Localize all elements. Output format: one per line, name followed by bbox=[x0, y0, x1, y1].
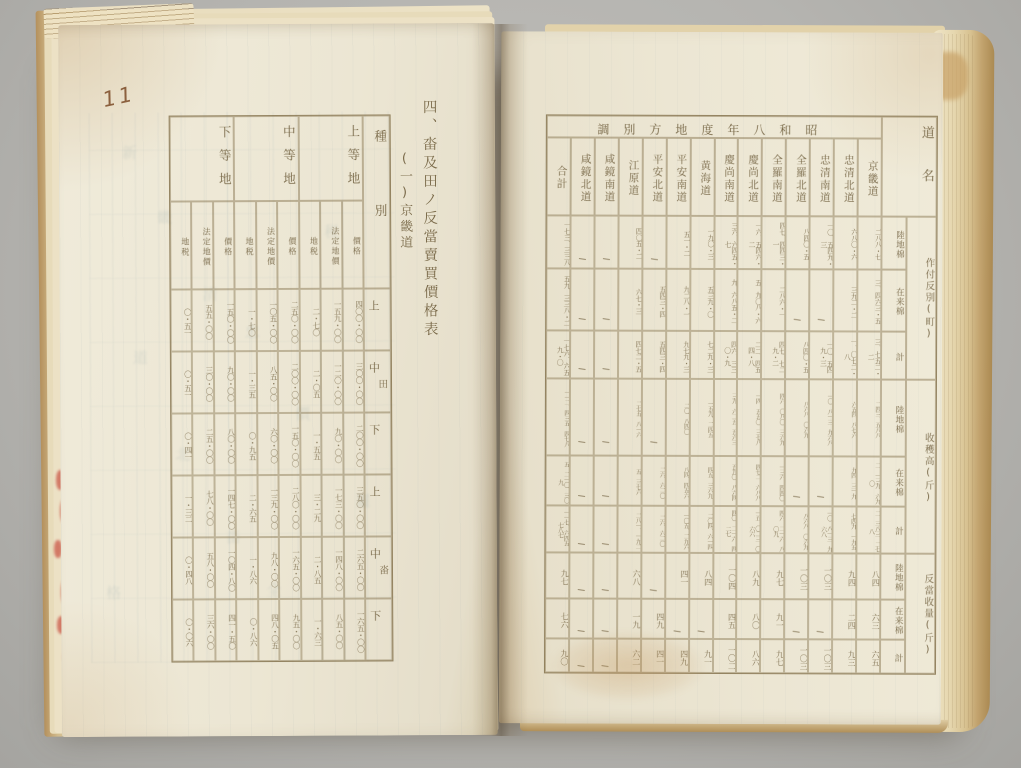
table-cell: 七四九、一九五 bbox=[833, 506, 857, 553]
table-cell: 一三六、四四〇 bbox=[761, 456, 785, 506]
sub-column-header: 法定地價 bbox=[256, 201, 278, 289]
province-column-header: 平安北道 bbox=[642, 138, 666, 216]
table-cell bbox=[784, 599, 808, 639]
empty-dash bbox=[578, 368, 585, 370]
table-cell: 八六八、〇六九 bbox=[785, 379, 809, 456]
empty-dash bbox=[578, 589, 585, 591]
empty-dash bbox=[578, 543, 585, 545]
table-cell: 一・三二 bbox=[171, 475, 193, 537]
sub-column-header: 法定地價 bbox=[192, 201, 214, 289]
table-cell: 二〇〇・〇〇 bbox=[343, 413, 365, 475]
measure-sub-header: 陸地棉 bbox=[881, 217, 906, 270]
table-cell: 四〇、二一六、四二七 bbox=[713, 506, 737, 553]
table-cell: 七八・〇〇 bbox=[193, 475, 215, 537]
table-cell: 四六、〇八〇、三六九 bbox=[761, 379, 785, 456]
table-cell: 六五四、八七六 bbox=[833, 379, 857, 456]
table-cell: 九八・〇〇 bbox=[258, 537, 280, 599]
book-gutter-shadow bbox=[472, 24, 528, 736]
table-cell: 一五九・〇〇 bbox=[321, 289, 343, 351]
table-cell: 九一 bbox=[760, 599, 784, 639]
table-cell: 一二〇・〇〇 bbox=[321, 351, 343, 413]
table-cell bbox=[570, 330, 594, 378]
table-cell: 一〇、八一三、九六八 bbox=[809, 379, 833, 456]
province-column-header: 慶尚南道 bbox=[714, 138, 738, 216]
species-row-label: 中田 bbox=[364, 350, 391, 412]
table-cell: 二八六・一 bbox=[762, 269, 786, 331]
species-row-label: 上 bbox=[364, 288, 391, 350]
empty-dash bbox=[602, 441, 609, 443]
table-cell: 一〇五、二九六 bbox=[665, 506, 689, 553]
table-cell bbox=[569, 505, 593, 552]
table-cell bbox=[570, 378, 594, 455]
table-cell: 二・六五 bbox=[236, 475, 258, 537]
table-cell: 六八〇・六 bbox=[834, 216, 858, 269]
table-cell: 六五 bbox=[856, 639, 880, 673]
empty-dash bbox=[793, 496, 800, 498]
table-cell: 一三九・〇〇 bbox=[257, 475, 279, 537]
ghost-character: 新 bbox=[119, 145, 140, 160]
table-cell bbox=[642, 216, 666, 269]
table-cell bbox=[809, 456, 833, 506]
province-column-header: 京畿道 bbox=[858, 138, 882, 216]
province-column-header: 全羅南道 bbox=[762, 138, 786, 216]
table-cell: 二〇四、六一四 bbox=[689, 506, 713, 553]
empty-dash bbox=[602, 318, 609, 320]
province-column-header: 忠清南道 bbox=[810, 138, 834, 216]
table-cell bbox=[569, 552, 593, 598]
table-cell: 〇・〇六 bbox=[172, 599, 194, 661]
table-cell: 一六五・〇〇 bbox=[279, 537, 301, 599]
table-cell: 七二九・三 bbox=[690, 331, 714, 379]
grade-label: 上 bbox=[369, 297, 380, 313]
sub-column-header: 地税 bbox=[234, 201, 256, 289]
table-cell: 四五、三六九 bbox=[689, 456, 713, 506]
empty-dash bbox=[649, 589, 656, 591]
table-cell: 八六八、〇六九 bbox=[785, 506, 809, 553]
table-cell: 四七二・五 bbox=[618, 331, 642, 379]
table-cell: 九七 bbox=[760, 639, 784, 673]
table-cell: 五、九〇八・六 bbox=[738, 269, 762, 331]
table-cell: 一五〇・〇〇 bbox=[213, 289, 235, 351]
table-cell: 九、六八五・二 bbox=[714, 269, 738, 331]
table-cell: 二六、六二〇 bbox=[641, 456, 665, 506]
table-cell: 六三 bbox=[856, 599, 880, 639]
column-group-header: 下等地 bbox=[170, 116, 235, 201]
table-cell bbox=[570, 268, 594, 330]
grade-label: 中 bbox=[369, 359, 380, 375]
table-cell: 三九二・二 bbox=[833, 269, 857, 331]
table-cell bbox=[594, 379, 618, 456]
province-column-header: 平安南道 bbox=[666, 138, 690, 216]
measure-group-header: 作付反別(町) bbox=[906, 217, 937, 380]
grade-label: 下 bbox=[369, 421, 380, 437]
table-cell: 一五九、二四五 bbox=[689, 379, 713, 456]
table-cell: 四八・〇五 bbox=[258, 599, 280, 661]
table-cell: 三、四六三・五 bbox=[857, 269, 881, 331]
table-cell: 一六、五四六・二 bbox=[738, 216, 762, 269]
measure-group-header: 收穫高(斤) bbox=[905, 380, 936, 554]
table-cell: 〇・四八 bbox=[172, 537, 194, 599]
measure-sub-header: 在来棉 bbox=[881, 270, 906, 332]
species-row-label: 下 bbox=[365, 598, 392, 660]
table-cell: 〇・八六 bbox=[236, 599, 258, 661]
table-cell: 六七・三 bbox=[618, 269, 642, 331]
table-cell: 九七 bbox=[761, 553, 785, 599]
sub-column-header: 價格 bbox=[342, 201, 364, 289]
table-cell: 九五・〇〇 bbox=[279, 599, 301, 661]
table-cell: 一・六三 bbox=[301, 599, 323, 661]
empty-dash bbox=[603, 258, 610, 260]
ghost-character: 道 bbox=[130, 350, 151, 365]
table-cell: 五三九・〇 bbox=[690, 269, 714, 331]
province-column-header: 合計 bbox=[547, 137, 571, 215]
land-type-label: 田 bbox=[378, 377, 388, 391]
empty-dash bbox=[817, 496, 824, 498]
ghost-character: 格 bbox=[103, 585, 124, 600]
table-cell: 三〇・〇〇 bbox=[192, 351, 214, 413]
table-cell: 二、一三九、六九〇 bbox=[857, 456, 881, 506]
left-page: 新畿清道忠北價畓格税全羅 11 四、畓及田ノ反當賣買價格表 (一)京畿道 種別上… bbox=[58, 23, 498, 737]
measure-sub-header: 陸地棉 bbox=[880, 554, 905, 600]
measure-sub-header: 計 bbox=[880, 507, 905, 554]
table-cell: 四一・五〇 bbox=[215, 599, 237, 661]
empty-dash bbox=[578, 441, 585, 443]
table-cell: 一一七、六四五、七八七 bbox=[545, 505, 569, 552]
table-cell: 八九 bbox=[737, 553, 761, 599]
empty-dash bbox=[578, 495, 585, 497]
table-cell: 四七、四四三・一 bbox=[762, 216, 786, 269]
measure-group-header: 反當收量(斤) bbox=[905, 554, 935, 674]
cotton-statistics-table: 道名調別方地度年八和昭京畿道忠清北道忠清南道全羅北道全羅南道慶尚北道慶尚南道黄海… bbox=[544, 114, 938, 674]
table-cell: 五四三・四 bbox=[642, 269, 666, 331]
table-cell bbox=[594, 269, 618, 331]
table-cell: 四七、七二九・二 bbox=[761, 331, 785, 379]
table-cell: 二〇、八四〇 bbox=[665, 379, 689, 456]
table-cell: 三、七五二・二 bbox=[857, 331, 881, 379]
province-column-header: 慶尚北道 bbox=[738, 138, 762, 216]
table-cell bbox=[594, 331, 618, 379]
species-row-label: 中畓 bbox=[365, 536, 392, 598]
table-cell: 八四 bbox=[689, 553, 713, 599]
table-cell: 五八・〇〇 bbox=[193, 537, 215, 599]
table-cell: 五一・二 bbox=[666, 216, 690, 269]
table-cell: 八四〇・五 bbox=[785, 331, 809, 379]
province-column-header: 忠清北道 bbox=[834, 138, 858, 216]
table-cell: 五四三・四 bbox=[642, 331, 666, 379]
province-column-header: 咸鏡南道 bbox=[594, 138, 618, 216]
table-cell bbox=[785, 456, 809, 506]
province-column-header: 江原道 bbox=[618, 138, 642, 216]
table-cell bbox=[593, 553, 617, 599]
table-cell: 九二八・一 bbox=[666, 269, 690, 331]
right-page: 道名調別方地度年八和昭京畿道忠清北道忠清南道全羅北道全羅南道慶尚北道慶尚南道黄海… bbox=[499, 31, 943, 725]
table-cell: 一〇三 bbox=[784, 639, 808, 673]
empty-dash bbox=[602, 543, 609, 545]
page-number: 11 bbox=[100, 82, 137, 112]
province-column-header: 咸鏡北道 bbox=[571, 137, 595, 215]
table-cell bbox=[785, 269, 809, 331]
table-cell: 四六、二一六、八〇九 bbox=[761, 506, 785, 553]
table-cell: 三六、六四五・七 bbox=[714, 216, 738, 269]
table-cell: 一・三五 bbox=[235, 351, 257, 413]
empty-dash bbox=[818, 319, 825, 321]
table-cell: 八六 bbox=[736, 639, 760, 673]
table-cell: 一〇二 bbox=[712, 639, 736, 673]
table-cell: 一七三、三三八 bbox=[546, 215, 570, 268]
column-group-header: 中等地 bbox=[234, 116, 299, 201]
table-cell: 一〇三 bbox=[808, 639, 832, 673]
table-cell bbox=[641, 379, 665, 456]
species-corner-header: 種別 bbox=[363, 115, 391, 288]
table-cell: 一〇三 bbox=[808, 553, 832, 599]
table-cell bbox=[594, 216, 618, 269]
table-cell: 一一二、四三五、四七八 bbox=[546, 378, 570, 455]
empty-dash bbox=[602, 589, 609, 591]
empty-dash bbox=[651, 258, 658, 260]
table-cell: 二四 bbox=[832, 599, 856, 639]
table-cell: 一四七・〇〇 bbox=[214, 475, 236, 537]
table-cell: 〇・九五 bbox=[236, 413, 258, 475]
table-cell: 一四、五五〇、三七八 bbox=[737, 379, 761, 456]
land-type-label: 畓 bbox=[379, 563, 389, 577]
table-cell: 一五〇・〇〇 bbox=[278, 413, 300, 475]
species-row-label: 上 bbox=[364, 474, 391, 536]
left-table-region-label: (一)京畿道 bbox=[395, 151, 415, 326]
table-cell: 二五・〇〇 bbox=[193, 413, 215, 475]
table-cell: 八四〇・五 bbox=[786, 216, 810, 269]
empty-dash bbox=[579, 258, 586, 260]
table-cell: 〇・五一 bbox=[171, 289, 193, 351]
table-cell: 九七九・三 bbox=[666, 331, 690, 379]
empty-dash bbox=[793, 631, 800, 633]
table-cell: 二二、四五四・八 bbox=[737, 331, 761, 379]
table-cell: 一〇四・八〇 bbox=[215, 537, 237, 599]
table-cell: 四五 bbox=[713, 599, 737, 639]
sub-column-header: 地税 bbox=[299, 201, 321, 289]
grade-label: 中 bbox=[370, 545, 381, 561]
table-cell: 一四八・〇〇 bbox=[322, 537, 344, 599]
measure-sub-header: 計 bbox=[880, 640, 905, 674]
table-cell: 二〇〇・〇〇 bbox=[278, 351, 300, 413]
table-cell: 八五・〇〇 bbox=[257, 351, 279, 413]
sub-column-header: 價格 bbox=[277, 201, 299, 289]
table-cell: 二・〇五 bbox=[300, 351, 322, 413]
measure-sub-header: 在来棉 bbox=[880, 600, 905, 640]
table-cell: 六〇・〇〇 bbox=[257, 413, 279, 475]
table-cell: 五五・〇〇 bbox=[192, 289, 214, 351]
table-cell: 二八八・七 bbox=[857, 216, 881, 269]
table-cell: 九〇・〇〇 bbox=[321, 413, 343, 475]
table-cell: 一〇、八一三、九六八 bbox=[809, 506, 833, 553]
sub-column-header: 法定地價 bbox=[320, 201, 342, 289]
grade-label: 上 bbox=[370, 483, 381, 499]
measure-sub-header: 在来棉 bbox=[881, 457, 906, 507]
table-cell: 三九、六二五、五六三 bbox=[713, 379, 737, 456]
table-cell: 八〇 bbox=[737, 599, 761, 639]
column-group-header: 上等地 bbox=[298, 116, 363, 201]
table-cell: 二四三、五八八 bbox=[857, 379, 881, 456]
table-cell: 一五、〇二三、〇六六 bbox=[737, 506, 761, 553]
table-cell: 三五〇・〇〇 bbox=[343, 475, 365, 537]
empty-dash bbox=[602, 369, 609, 371]
table-cell: 九〇・〇〇 bbox=[214, 351, 236, 413]
species-row-label: 下 bbox=[364, 412, 391, 474]
table-cell: 五九〇、八六四 bbox=[713, 456, 737, 506]
table-cell: 二八一、一九二 bbox=[617, 506, 641, 553]
table-cell: 九四 bbox=[832, 553, 856, 599]
table-cell: 二八〇・〇〇 bbox=[279, 475, 301, 537]
table-cell: 〇・五一 bbox=[171, 351, 193, 413]
table-cell: 〇・四一 bbox=[171, 413, 193, 475]
table-cell: 九三 bbox=[832, 639, 856, 673]
table-cell: 一六五・〇〇 bbox=[344, 599, 366, 661]
measure-sub-header: 計 bbox=[881, 332, 906, 380]
table-cell: 五、三七六 bbox=[617, 456, 641, 506]
table-cell bbox=[808, 599, 832, 639]
table-cell: 四〇五・二 bbox=[618, 216, 642, 269]
table-cell bbox=[809, 269, 833, 331]
table-cell: 二七五、八一六 bbox=[618, 379, 642, 456]
grade-label: 下 bbox=[370, 607, 381, 623]
table-cell bbox=[593, 456, 617, 506]
empty-dash bbox=[579, 318, 586, 320]
table-cell: 一〇、五四九・三 bbox=[809, 331, 833, 379]
sub-column-header: 價格 bbox=[213, 201, 235, 289]
land-price-table: 種別上等地中等地下等地價格法定地價地税價格法定地價地税價格法定地價地税上四〇〇・… bbox=[169, 114, 394, 662]
table-cell: 八五・〇〇 bbox=[322, 599, 344, 661]
table-cell: 二・八五 bbox=[300, 537, 322, 599]
province-column-header: 黄海道 bbox=[690, 138, 714, 216]
table-cell: 三・二九 bbox=[300, 475, 322, 537]
table-cell: 九四、三一九 bbox=[833, 456, 857, 506]
paper-stain bbox=[548, 630, 708, 702]
table-cell: 一〇五・〇〇 bbox=[256, 289, 278, 351]
empty-dash bbox=[602, 495, 609, 497]
table-cell: 一・八六 bbox=[236, 537, 258, 599]
table-cell: 一・五五 bbox=[300, 413, 322, 475]
table-cell: 一七六、六五九・〇 bbox=[546, 330, 570, 378]
measure-sub-header: 陸地棉 bbox=[881, 380, 906, 457]
table-cell: 一・七〇 bbox=[235, 289, 257, 351]
table-cell: 二、三八三、二七八 bbox=[856, 506, 880, 553]
table-cell: 五九、三三八・二 bbox=[546, 268, 570, 330]
table-cell bbox=[641, 553, 665, 599]
left-table-title: 四、畓及田ノ反當賣買價格表 bbox=[419, 99, 442, 434]
empty-dash bbox=[650, 441, 657, 443]
table-cell bbox=[570, 215, 594, 268]
table-cell: 九七 bbox=[545, 552, 569, 598]
table-cell bbox=[569, 455, 593, 505]
table-cell: 二六五・〇〇 bbox=[343, 537, 365, 599]
empty-dash bbox=[794, 319, 801, 321]
table-cell: 二・七〇 bbox=[299, 289, 321, 351]
table-cell: 一九〇・三 bbox=[690, 216, 714, 269]
table-cell: 四一 bbox=[665, 553, 689, 599]
table-cell: 一、〇七二・八 bbox=[833, 331, 857, 379]
table-cell: 八四、四五六 bbox=[665, 456, 689, 506]
table-title: 調別方地度年八和昭 bbox=[547, 115, 882, 138]
table-cell: 一七三・〇〇 bbox=[322, 475, 344, 537]
table-cell: 二五〇・〇〇 bbox=[278, 289, 300, 351]
province-name-header: 道名 bbox=[882, 117, 937, 217]
table-cell: 六八 bbox=[617, 553, 641, 599]
table-cell: 一〇、五四九・三 bbox=[810, 216, 834, 269]
table-cell bbox=[593, 506, 617, 553]
table-cell: 四〇〇・〇〇 bbox=[342, 289, 364, 351]
table-cell: 四七二、六八八 bbox=[737, 456, 761, 506]
sub-column-header: 地税 bbox=[170, 201, 192, 289]
empty-dash bbox=[817, 631, 824, 633]
table-cell: 一〇三 bbox=[785, 553, 809, 599]
table-cell: 一〇四 bbox=[713, 553, 737, 599]
table-cell: 五、二一〇、三〇九 bbox=[546, 455, 570, 505]
table-cell: 八〇・〇〇 bbox=[214, 413, 236, 475]
table-cell: 三六・〇〇 bbox=[194, 599, 216, 661]
table-cell: 八四 bbox=[856, 553, 880, 599]
province-column-header: 全羅北道 bbox=[786, 138, 810, 216]
table-cell: 二六、六二〇 bbox=[641, 506, 665, 553]
table-cell: 四六、三三〇・九 bbox=[713, 331, 737, 379]
table-cell: 三〇〇・〇〇 bbox=[342, 351, 364, 413]
book-photo-scene: 新畿清道忠北價畓格税全羅 11 四、畓及田ノ反當賣買價格表 (一)京畿道 種別上… bbox=[0, 0, 1021, 768]
